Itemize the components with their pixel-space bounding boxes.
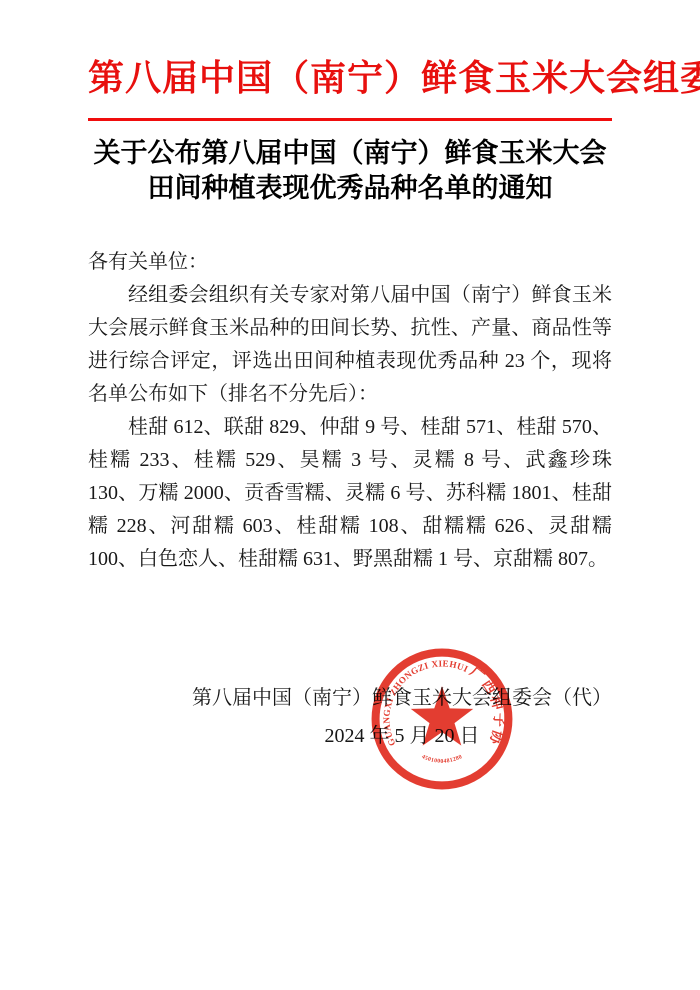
document-body: 各有关单位： 经组委会组织有关专家对第八届中国（南宁）鲜食玉米大会展示鲜食玉米品… (88, 246, 612, 576)
doc-title-line1: 关于公布第八届中国（南宁）鲜食玉米大会 (88, 136, 612, 171)
body-paragraph-varieties: 桂甜 612、联甜 829、仲甜 9 号、桂甜 571、桂甜 570、桂糯 23… (88, 411, 612, 576)
signature-block: 第八届中国（南宁）鲜食玉米大会组委会（代） 2024 年 5 月 20 日 (192, 682, 612, 754)
document-content: 第八届中国（南宁）鲜食玉米大会组委会 关于公布第八届中国（南宁）鲜食玉米大会 田… (0, 0, 700, 754)
document-page: 第八届中国（南宁）鲜食玉米大会组委会 关于公布第八届中国（南宁）鲜食玉米大会 田… (0, 0, 700, 990)
red-divider-rule (88, 118, 612, 121)
stamp-serial: 4501000481280 (421, 754, 464, 765)
salutation: 各有关单位： (88, 246, 612, 279)
org-header-title: 第八届中国（南宁）鲜食玉米大会组委会 (88, 55, 612, 101)
doc-title-line2: 田间种植表现优秀品种名单的通知 (88, 171, 612, 206)
signature-date: 2024 年 5 月 20 日 (192, 719, 612, 754)
body-paragraph-evaluation: 经组委会组织有关专家对第八届中国（南宁）鲜食玉米大会展示鲜食玉米品种的田间长势、… (88, 279, 612, 411)
signature-org: 第八届中国（南宁）鲜食玉米大会组委会（代） (192, 682, 612, 715)
doc-title: 关于公布第八届中国（南宁）鲜食玉米大会 田间种植表现优秀品种名单的通知 (88, 136, 612, 206)
